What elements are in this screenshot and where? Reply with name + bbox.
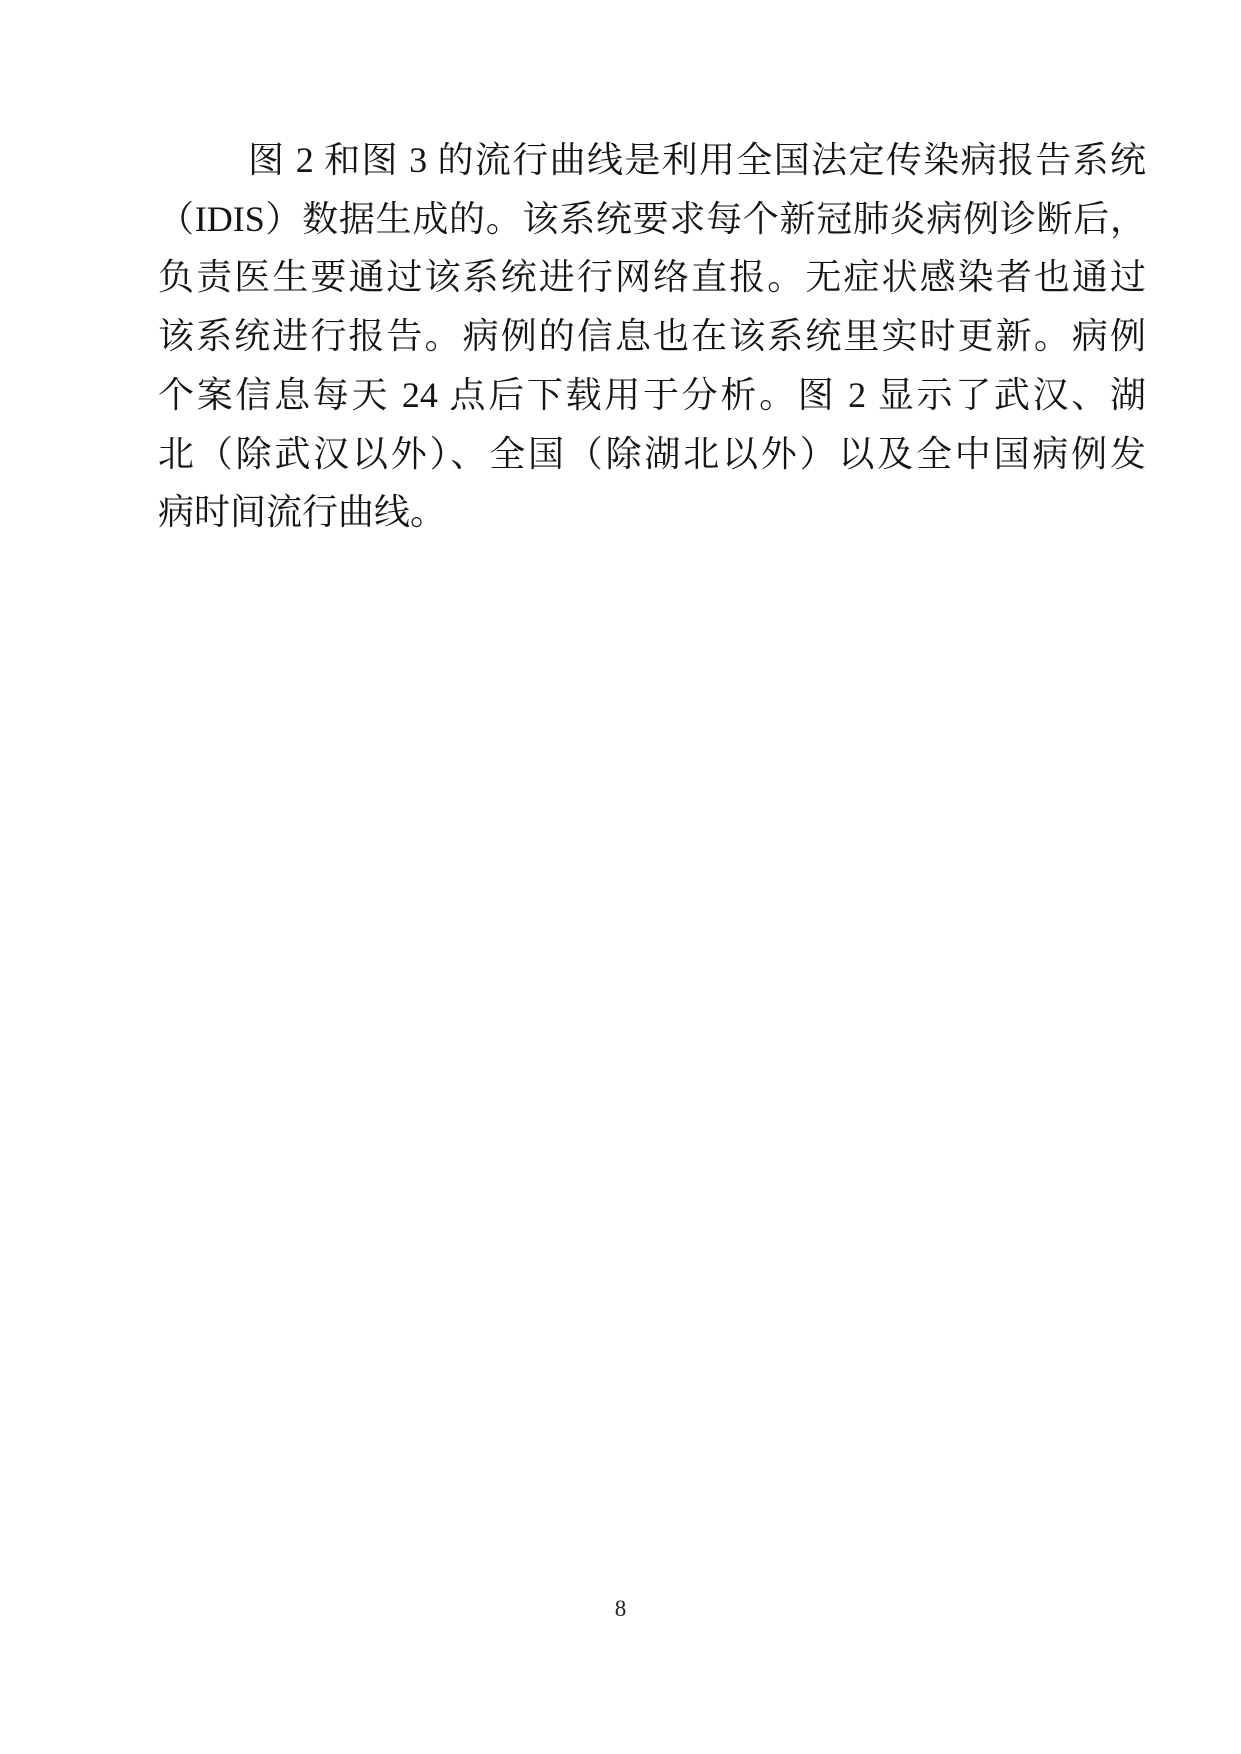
- paragraph-line-1: 图 2 和图 3 的流行曲线是利用全国法定传染病报告系统: [158, 131, 1146, 190]
- paragraph-line-5: 个案信息每天 24 点后下载用于分析。图 2 显示了武汉、湖: [158, 366, 1146, 425]
- body-paragraph: 图 2 和图 3 的流行曲线是利用全国法定传染病报告系统 （IDIS）数据生成的…: [158, 131, 1146, 542]
- paragraph-line-3: 负责医生要通过该系统进行网络直报。无症状感染者也通过: [158, 248, 1146, 307]
- document-page: 图 2 和图 3 的流行曲线是利用全国法定传染病报告系统 （IDIS）数据生成的…: [0, 0, 1241, 1754]
- paragraph-line-4: 该系统进行报告。病例的信息也在该系统里实时更新。病例: [158, 307, 1146, 366]
- paragraph-line-7: 病时间流行曲线。: [158, 483, 1146, 542]
- page-number: 8: [0, 1596, 1241, 1622]
- paragraph-line-6: 北（除武汉以外）、全国（除湖北以外）以及全中国病例发: [158, 425, 1146, 484]
- paragraph-line-2: （IDIS）数据生成的。该系统要求每个新冠肺炎病例诊断后，: [158, 190, 1146, 249]
